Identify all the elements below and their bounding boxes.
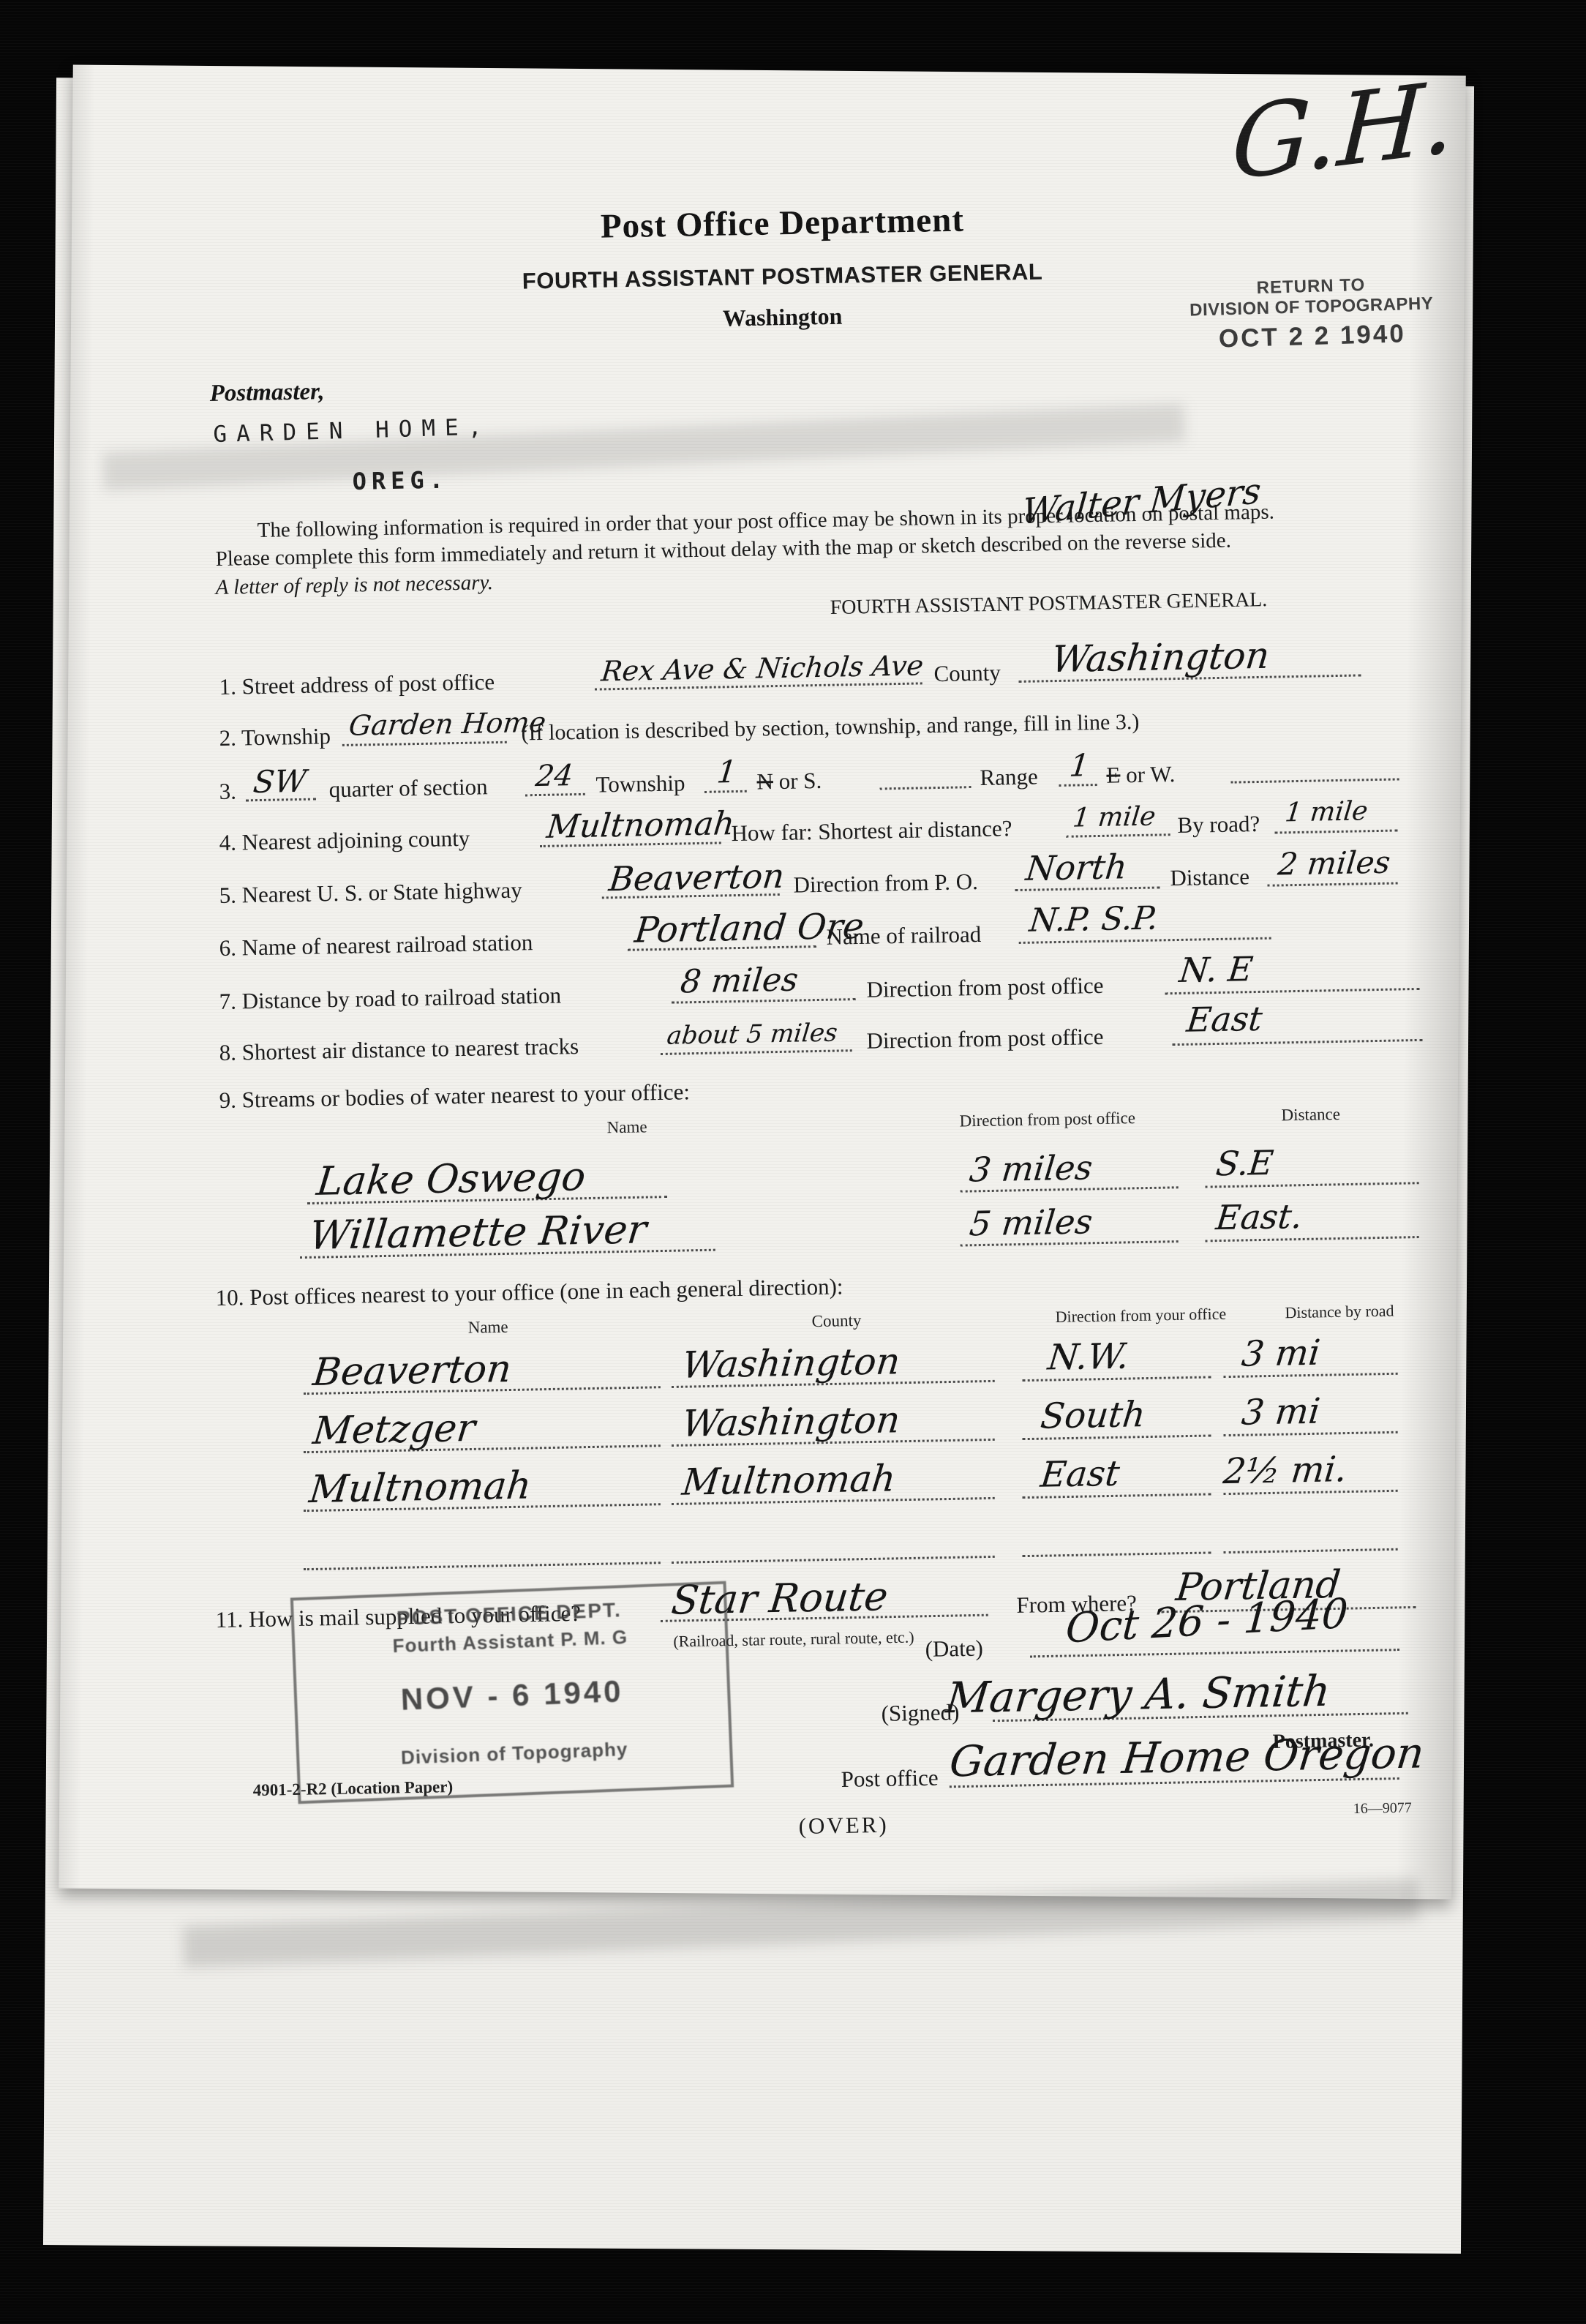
po-row-3-county: Multnomah <box>680 1457 898 1503</box>
field-2-value: Garden Home <box>347 706 548 742</box>
field-3-label-quarter: quarter of section <box>328 773 488 803</box>
field-6-value2: N.P. S.P. <box>1028 899 1160 939</box>
received-stamp-date: NOV - 6 1940 <box>296 1670 727 1722</box>
field-8: 8. Shortest air distance to nearest trac… <box>219 1006 1427 1066</box>
po-row-4-line-name <box>304 1562 661 1570</box>
po-row-1-name: Beaverton <box>311 1347 514 1395</box>
addressee-salutation: Postmaster, <box>209 378 324 408</box>
field-3-value-range: 1 <box>1068 747 1091 784</box>
field-1: 1. Street address of post office Rex Ave… <box>219 640 1405 700</box>
field-3-value-section: 24 <box>534 759 575 793</box>
print-code: 16—9077 <box>1353 1800 1412 1818</box>
po-row-3: Multnomah Multnomah East 2½ mi. <box>310 1455 1452 1515</box>
field-1-label: 1. Street address of post office <box>219 669 495 700</box>
field-2-note: (If location is described by section, to… <box>521 710 1139 746</box>
field-1-value: Rex Ave & Nichols Ave <box>600 649 925 687</box>
addressee-state: OREG. <box>352 466 448 495</box>
po-row-4-line-direction <box>1023 1551 1211 1557</box>
field-3-label-range: Range <box>980 763 1038 790</box>
field-7-value: 8 miles <box>679 961 800 1000</box>
over-label: (OVER) <box>798 1812 889 1840</box>
field-3-line-township <box>704 790 747 793</box>
field-9-col-name: Name <box>606 1117 647 1137</box>
po-row-2-distance: 3 mi <box>1240 1391 1323 1433</box>
field-3-label-township: Township <box>595 770 685 798</box>
field-8-value2: East <box>1185 999 1265 1040</box>
field-2-label: 2. Township <box>219 723 331 751</box>
water-row-1-direction: 3 miles <box>968 1147 1094 1189</box>
po-row-1-direction: N.W. <box>1046 1335 1131 1378</box>
field-4: 4. Nearest adjoining county Multnomah Ho… <box>219 796 1427 856</box>
field-5-value2: North <box>1024 847 1130 888</box>
po-row-2-direction: South <box>1039 1394 1148 1437</box>
po-row-2: Metzger Washington South 3 mi <box>310 1397 1452 1456</box>
field-8-label: 8. Shortest air distance to nearest trac… <box>219 1033 579 1066</box>
post-office-label: Post office <box>841 1765 939 1793</box>
field-3-value-quarter: SW <box>252 763 308 800</box>
field-1-label2: County <box>933 659 1001 687</box>
po-row-4-line-county <box>672 1556 995 1564</box>
post-office-value: Garden Home Oregon <box>947 1728 1427 1786</box>
field-6-label: 6. Name of nearest railroad station <box>219 929 533 962</box>
water-row-1-name: Lake Oswego <box>315 1153 588 1204</box>
field-3-label-ew: E or W. <box>1106 761 1176 789</box>
letterhead-city: Washington <box>467 298 1097 337</box>
field-6-label2: Name of railroad <box>826 921 981 951</box>
field-4-value: Multnomah <box>545 805 737 846</box>
letterhead-department: Post Office Department <box>467 198 1097 249</box>
form-number: 4901-2-R2 (Location Paper) <box>253 1777 454 1800</box>
water-row-2-direction: 5 miles <box>968 1202 1094 1243</box>
po-row-3-name: Multnomah <box>307 1463 533 1512</box>
approver-title: FOURTH ASSISTANT POSTMASTER GENERAL. <box>830 588 1267 620</box>
po-row-2-county: Washington <box>680 1398 902 1445</box>
field-9-col-direction: Direction from post office <box>959 1109 1135 1131</box>
po-row-1: Beaverton Washington N.W. 3 mi <box>310 1338 1452 1398</box>
field-7-value2: N. E <box>1178 949 1255 990</box>
field-8-line2 <box>1173 1039 1423 1046</box>
field-4-line3 <box>1275 829 1398 833</box>
field-5-value3: 2 miles <box>1277 844 1392 882</box>
field-7-label: 7. Distance by road to railroad station <box>219 982 561 1015</box>
field-5-label3: Distance <box>1170 863 1249 891</box>
scanned-document-canvas: { "monogram": "G.H.", "header": { "depar… <box>0 0 1586 2324</box>
field-5: 5. Nearest U. S. or State highway Beaver… <box>219 849 1427 909</box>
field-3-line-ns <box>880 786 971 790</box>
po-row-4-line-distance <box>1224 1548 1398 1553</box>
field-10-col-distance: Distance by road <box>1285 1301 1394 1322</box>
field-4-value3: 1 mile <box>1284 796 1369 828</box>
field-8-value: about 5 miles <box>666 1018 839 1050</box>
field-3-number: 3. <box>219 779 236 805</box>
field-3-line-section <box>525 793 585 797</box>
date-line: (Date) Oct 26 - 1940 <box>925 1615 1452 1663</box>
field-5-label2: Direction from P. O. <box>793 869 978 899</box>
field-7-label2: Direction from post office <box>866 972 1104 1003</box>
water-row-2-name: Willamette River <box>307 1206 649 1259</box>
field-4-label: 4. Nearest adjoining county <box>219 825 470 856</box>
field-4-label3: By road? <box>1177 811 1260 839</box>
field-3-value-township: 1 <box>715 754 739 790</box>
field-5-line3 <box>1268 882 1398 886</box>
return-stamp-date: OCT 2 2 1940 <box>1169 318 1455 356</box>
field-3-line-range <box>1059 784 1097 787</box>
water-row-2-distance: East. <box>1214 1196 1304 1237</box>
return-stamp: RETURN TO DIVISION OF TOPOGRAPHY OCT 2 2… <box>1168 273 1456 356</box>
field-4-label2: How far: Shortest air distance? <box>731 815 1012 847</box>
field-3-label-ns: N or S. <box>756 768 822 795</box>
addressee-city: GARDEN HOME, <box>213 413 492 448</box>
po-row-3-distance: 2½ mi. <box>1222 1449 1349 1492</box>
field-5-label: 5. Nearest U. S. or State highway <box>219 877 522 909</box>
field-5-value: Beaverton <box>607 856 786 899</box>
field-3-line-ew <box>1231 778 1399 783</box>
intro-line3: A letter of reply is not necessary. <box>215 571 493 600</box>
field-2: 2. Township Garden Home (If location is … <box>219 691 1405 751</box>
po-row-3-direction: East <box>1039 1453 1121 1496</box>
field-4-line2 <box>1067 833 1170 838</box>
water-row-1-distance: S.E <box>1214 1143 1276 1184</box>
date-label: (Date) <box>925 1635 983 1663</box>
field-3: 3. SW quarter of section 24 Township 1 N… <box>219 745 1427 805</box>
water-row-2: Willamette River 5 miles East. <box>303 1202 1445 1262</box>
po-row-1-county: Washington <box>680 1340 902 1387</box>
field-1-value2: Washington <box>1050 634 1271 681</box>
field-10-col-direction: Direction from your office <box>1055 1305 1226 1327</box>
po-row-2-name: Metzger <box>311 1406 477 1453</box>
field-8-label2: Direction from post office <box>866 1024 1104 1054</box>
field-10-col-name: Name <box>467 1318 508 1338</box>
field-10-col-county: County <box>811 1311 861 1331</box>
field-9-col-distance: Distance <box>1281 1105 1340 1125</box>
po-row-1-distance: 3 mi <box>1240 1332 1323 1375</box>
postmaster-signature: Margery A. Smith <box>944 1666 1333 1723</box>
field-8-line <box>661 1049 852 1055</box>
field-4-value2: 1 mile <box>1072 802 1157 833</box>
field-2-line <box>342 741 507 746</box>
form-content: G.H. Post Office Department FOURTH ASSIS… <box>0 0 1586 2324</box>
monogram-gh: G.H. <box>1229 59 1458 203</box>
